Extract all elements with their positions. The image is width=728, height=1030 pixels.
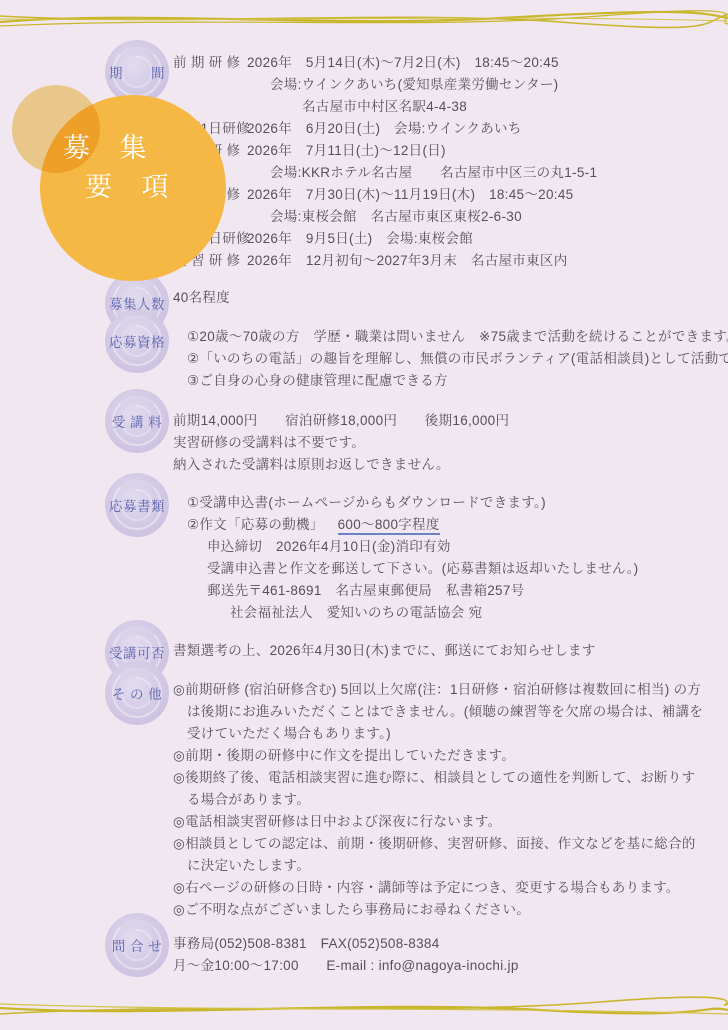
others-item: ◎右ページの研修の日時・内容・講師等は予定につき、変更する場合もあります。 bbox=[173, 877, 707, 899]
schedule-row-label: 前 期 研 修 bbox=[173, 52, 247, 74]
documents-addressee: 社会福祉法人 愛知いのちの電話協会 宛 bbox=[230, 602, 722, 624]
schedule-row-text: 2026年 5月14日(木)〜7月2日(木) 18:45〜20:45 bbox=[247, 52, 559, 74]
fee-line: 実習研修の受講料は不要です。 bbox=[173, 432, 713, 454]
documents-mailing-address: 郵送先〒461-8691 名古屋東郵便局 私書箱257号 bbox=[207, 580, 722, 602]
qualification-item: ③ご自身の心身の健康管理に配慮できる方 bbox=[187, 370, 722, 392]
others-item: ◎ご不明な点がございましたら事務局にお尋ねください。 bbox=[173, 899, 707, 921]
capacity-text: 40名程度 bbox=[173, 287, 230, 309]
qualification-item: ①20歳〜70歳の方 学歴・職業は問いません ※75歳まで活動を続けることができ… bbox=[187, 326, 722, 348]
section-documents: ①受講申込書(ホームページからもダウンロードできます。) ②作文「応募の動機」6… bbox=[187, 492, 722, 624]
section-acceptance: 書類選考の上、2026年4月30日(木)までに、郵送にてお知らせします bbox=[173, 640, 718, 662]
schedule-row-text: 2026年 6月20日(土) 会場:ウインクあいち bbox=[247, 118, 522, 140]
schedule-row: 前 期 研 修2026年 5月14日(木)〜7月2日(木) 18:45〜20:4… bbox=[173, 52, 718, 74]
schedule-row-text: 2026年 12月初旬〜2027年3月末 名古屋市東区内 bbox=[247, 250, 568, 272]
documents-item2: ②作文「応募の動機」600〜800字程度 bbox=[187, 514, 722, 536]
schedule-row-text: 2026年 7月11日(土)〜12日(日) bbox=[247, 140, 446, 162]
section-capacity: 40名程度 bbox=[173, 287, 230, 309]
documents-item2-underlined: 600〜800字程度 bbox=[338, 517, 440, 535]
badge-qualification: 応募資格 bbox=[105, 309, 169, 373]
page-title-line2: 要 項 bbox=[85, 165, 180, 204]
others-item: ◎相談員としての認定は、前期・後期研修、実習研修、面接、作文などを基に総合的に決… bbox=[173, 833, 707, 877]
schedule-row: 後 期 研 修2026年 7月30日(木)〜11月19日(木) 18:45〜20… bbox=[173, 184, 718, 206]
schedule-venue-row: 会場:東桜会館 名古屋市東区東桜2-6-30 bbox=[173, 206, 718, 228]
badge-acceptance-label: 受講可否 bbox=[109, 642, 165, 662]
page-title-line1: 募 集 bbox=[63, 126, 158, 165]
schedule-address-row: 名古屋市中村区名駅4-4-38 bbox=[173, 96, 718, 118]
badge-fee: 受 講 料 bbox=[105, 389, 169, 453]
others-item: ◎前期研修 (宿泊研修含む) 5回以上欠席(注：1日研修・宿泊研修は複数回に相当… bbox=[173, 679, 707, 745]
schedule-row: 宿 泊 研 修2026年 7月11日(土)〜12日(日) bbox=[173, 140, 718, 162]
documents-mailing-note: 受講申込書と作文を郵送して下さい。(応募書類は返却いたしません。) bbox=[207, 558, 722, 580]
badge-documents: 応募書類 bbox=[105, 473, 169, 537]
others-item: ◎前期・後期の研修中に作文を提出していただきます。 bbox=[173, 745, 707, 767]
schedule-row-text: 2026年 7月30日(木)〜11月19日(木) 18:45〜20:45 bbox=[247, 184, 573, 206]
others-item: ◎電話相談実習研修は日中および深夜に行ないます。 bbox=[173, 811, 707, 833]
badge-capacity-label: 募集人数 bbox=[109, 293, 165, 313]
documents-item1: ①受講申込書(ホームページからもダウンロードできます。) bbox=[187, 492, 722, 514]
schedule-venue-row: 会場:KKRホテル名古屋 名古屋市中区三の丸1-5-1 bbox=[173, 162, 718, 184]
schedule-row: 実 習 研 修2026年 12月初旬〜2027年3月末 名古屋市東区内 bbox=[173, 250, 718, 272]
fee-line: 納入された受講料は原則お返しできません。 bbox=[173, 454, 713, 476]
section-period: 前 期 研 修2026年 5月14日(木)〜7月2日(木) 18:45〜20:4… bbox=[173, 52, 718, 272]
badge-qualification-label: 応募資格 bbox=[109, 331, 165, 351]
schedule-row-text: 2026年 9月5日(土) 会場:東桜会館 bbox=[247, 228, 473, 250]
schedule-row: 後期1日研修2026年 9月5日(土) 会場:東桜会館 bbox=[173, 228, 718, 250]
badge-period-label: 期 間 bbox=[109, 62, 165, 82]
schedule-row: 前期1日研修2026年 6月20日(土) 会場:ウインクあいち bbox=[173, 118, 718, 140]
badge-fee-label: 受 講 料 bbox=[112, 411, 163, 431]
badge-contact: 問 合 せ bbox=[105, 913, 169, 977]
contact-phone-fax: 事務局(052)508-8381 FAX(052)508-8384 bbox=[173, 933, 713, 955]
section-qualification: ①20歳〜70歳の方 学歴・職業は問いません ※75歳まで活動を続けることができ… bbox=[187, 326, 722, 392]
others-item: ◎後期終了後、電話相談実習に進む際に、相談員としての適性を判断して、お断りする場… bbox=[173, 767, 707, 811]
wave-top-decoration bbox=[0, 2, 728, 38]
badge-others: そ の 他 bbox=[105, 661, 169, 725]
section-contact: 事務局(052)508-8381 FAX(052)508-8384 月〜金10:… bbox=[173, 933, 713, 977]
acceptance-text: 書類選考の上、2026年4月30日(木)までに、郵送にてお知らせします bbox=[173, 640, 718, 662]
fee-line: 前期14,000円 宿泊研修18,000円 後期16,000円 bbox=[173, 410, 713, 432]
badge-others-label: そ の 他 bbox=[112, 683, 163, 703]
badge-contact-label: 問 合 せ bbox=[112, 935, 163, 955]
badge-documents-label: 応募書類 bbox=[109, 495, 165, 515]
recruitment-flyer-page: 募 集 要 項 期 間 募集人数 応募資格 受 講 料 応募書類 受講可否 そ … bbox=[0, 0, 728, 1030]
documents-item2-prefix: ②作文「応募の動機」 bbox=[187, 517, 324, 532]
schedule-venue-row: 会場:ウインクあいち(愛知県産業労働センター) bbox=[173, 74, 718, 96]
wave-bottom-decoration bbox=[0, 990, 728, 1026]
documents-deadline: 申込締切 2026年4月10日(金)消印有効 bbox=[207, 536, 722, 558]
qualification-item: ②「いのちの電話」の趣旨を理解し、無償の市民ボランティア(電話相談員)として活動… bbox=[187, 348, 722, 370]
section-others: ◎前期研修 (宿泊研修含む) 5回以上欠席(注：1日研修・宿泊研修は複数回に相当… bbox=[173, 679, 707, 921]
contact-hours-email: 月〜金10:00〜17:00 E-mail : info@nagoya-inoc… bbox=[173, 955, 713, 977]
section-fee: 前期14,000円 宿泊研修18,000円 後期16,000円 実習研修の受講料… bbox=[173, 410, 713, 476]
